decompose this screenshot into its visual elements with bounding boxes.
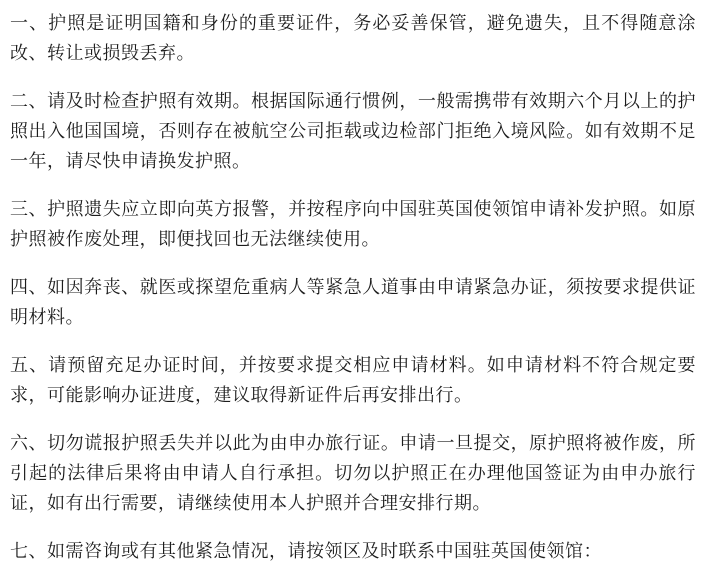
paragraph-6-false-loss-warning: 六、切勿谎报护照丢失并以此为由申办旅行证。申请一旦提交，原护照将被作废，所引起的… — [10, 428, 696, 518]
paragraph-2-validity-check: 二、请及时检查护照有效期。根据国际通行惯例，一般需携带有效期六个月以上的护照出入… — [10, 86, 696, 176]
paragraph-7-contact-consulate: 七、如需咨询或有其他紧急情况，请按领区及时联系中国驻英国使领馆： — [10, 536, 696, 566]
paragraph-4-emergency-application: 四、如因奔丧、就医或探望危重病人等紧急人道事由申请紧急办证，须按要求提供证明材料… — [10, 272, 696, 332]
paragraph-1-safekeeping: 一、护照是证明国籍和身份的重要证件，务必妥善保管，避免遗失，且不得随意涂改、转让… — [10, 8, 696, 68]
passport-notice-document: 一、护照是证明国籍和身份的重要证件，务必妥善保管，避免遗失，且不得随意涂改、转让… — [0, 0, 704, 568]
paragraph-5-processing-time: 五、请预留充足办证时间，并按要求提交相应申请材料。如申请材料不符合规定要求，可能… — [10, 350, 696, 410]
paragraph-3-loss-report: 三、护照遗失应立即向英方报警，并按程序向中国驻英国使领馆申请补发护照。如原护照被… — [10, 194, 696, 254]
